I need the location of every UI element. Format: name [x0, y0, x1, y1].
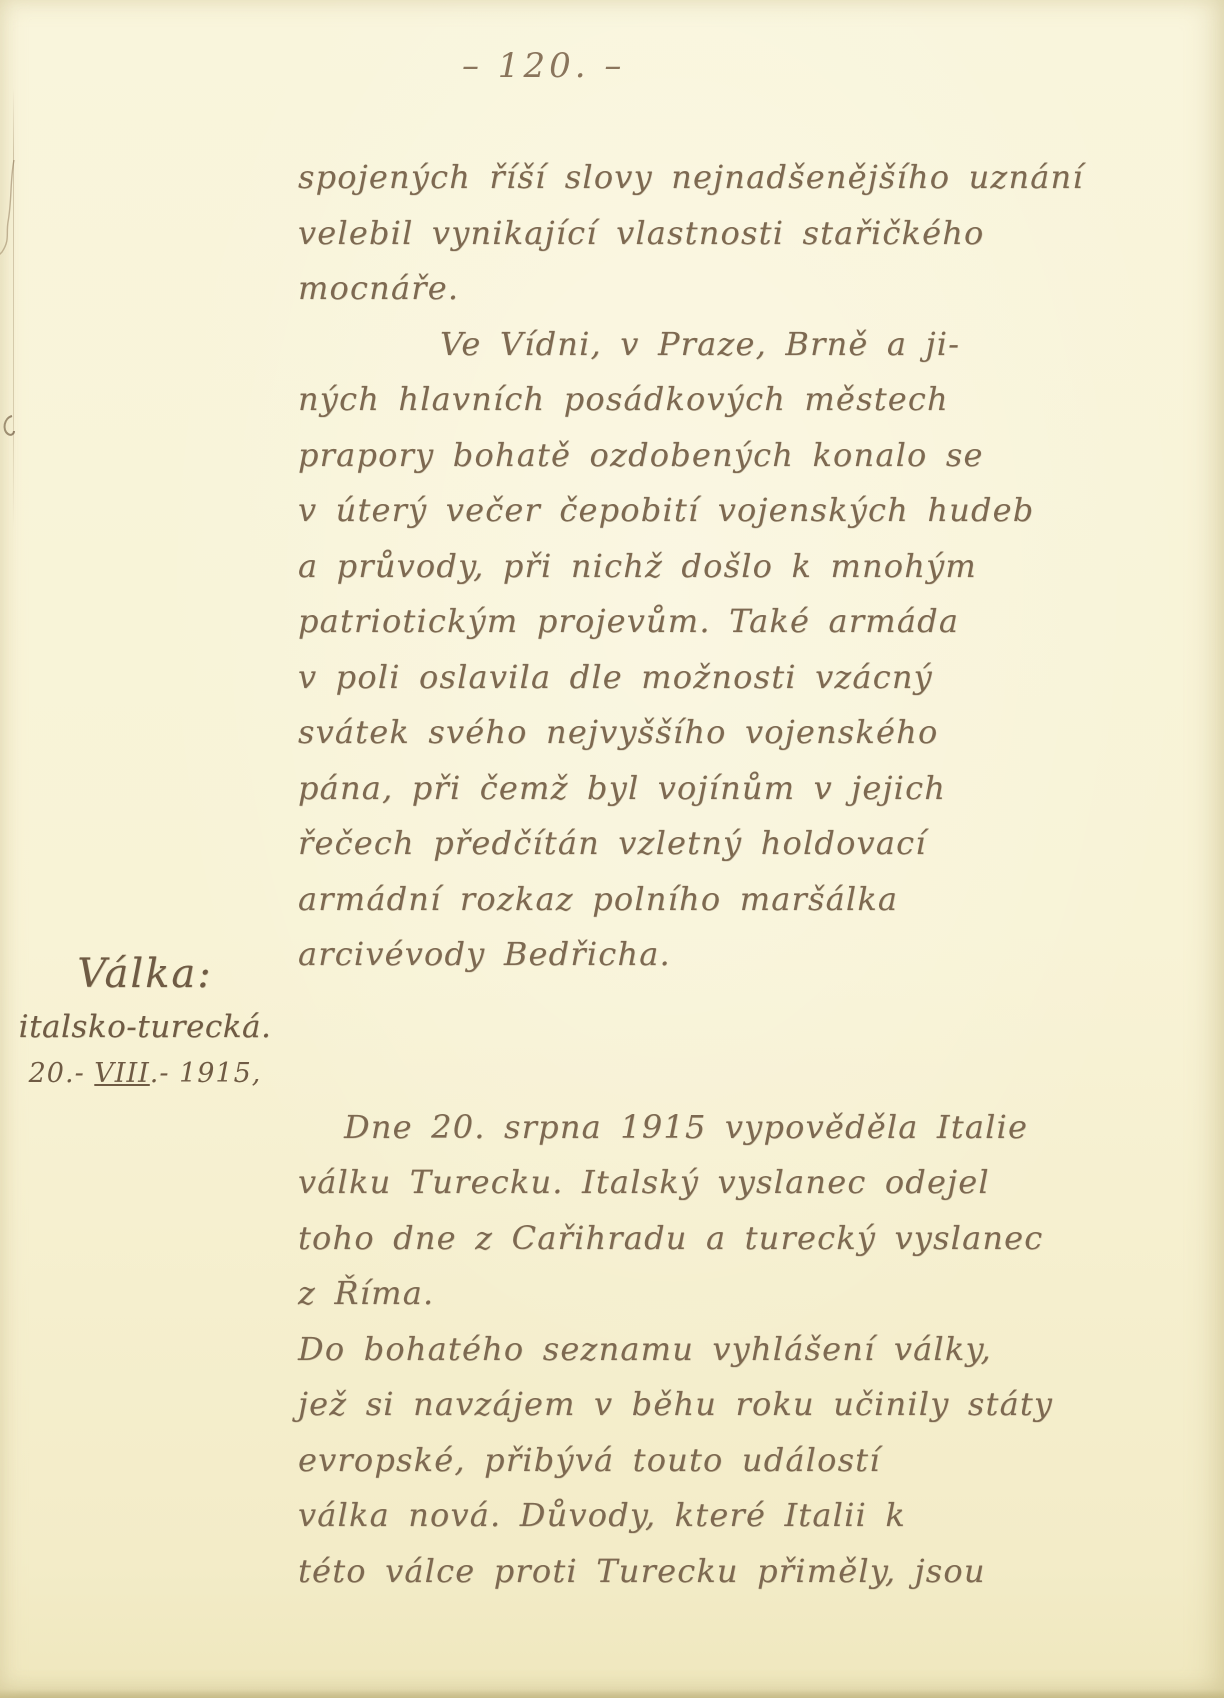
handwritten-line: v úterý večer čepobití vojenských hudeb [298, 483, 1108, 539]
handwritten-line: armádní rozkaz polního maršálka [298, 872, 1108, 928]
handwritten-line: ných hlavních posádkových městech [298, 372, 1108, 428]
handwritten-line: Dne 20. srpna 1915 vypověděla Italie [298, 1100, 1108, 1156]
handwritten-line: velebil vynikající vlastnosti stařičkého [298, 206, 1108, 262]
handwritten-line: jež si navzájem v běhu roku učinily stát… [298, 1377, 1108, 1433]
margin-note-war-heading: Válka: italsko-turecká. 20.- VIII.- 1915… [14, 946, 276, 1096]
handwritten-line: pána, při čemž byl vojínům v jejich [298, 761, 1108, 817]
margin-note-title: Válka: [14, 946, 276, 1002]
handwritten-line: této válce proti Turecku přiměly, jsou [298, 1544, 1108, 1600]
handwritten-line: evropské, přibývá touto událostí [298, 1433, 1108, 1489]
margin-note-subtitle: italsko-turecká. [14, 1002, 276, 1052]
page-bottom-edge [0, 1689, 1224, 1698]
handwritten-line: arcivévody Bedřicha. [298, 927, 1108, 983]
handwritten-line: mocnáře. [298, 261, 1108, 317]
margin-note-date: 20.- VIII.- 1915, [14, 1052, 276, 1096]
handwritten-line: Ve Vídni, v Praze, Brně a ji- [298, 317, 1108, 373]
page-number: – 120. – [462, 46, 625, 86]
handwritten-line: spojených říší slovy nejnadšenějšího uzn… [298, 150, 1108, 206]
handwritten-body: spojených říší slovy nejnadšenějšího uzn… [298, 150, 1108, 1599]
handwritten-line: svátek svého nejvyššího vojenského [298, 705, 1108, 761]
margin-note-date-suffix: .- 1915, [150, 1058, 262, 1089]
manuscript-page: – 120. – spojených říší slovy nejnadšeně… [0, 0, 1224, 1698]
handwritten-line: řečech předčítán vzletný holdovací [298, 816, 1108, 872]
stray-ink-marks [0, 160, 40, 460]
handwritten-line: z Říma. [298, 1266, 1108, 1322]
handwritten-line: a průvody, při nichž došlo k mnohým [298, 539, 1108, 595]
handwritten-line: válka nová. Důvody, které Italii k [298, 1488, 1108, 1544]
handwritten-line: patriotickým projevům. Také armáda [298, 594, 1108, 650]
handwritten-line: Do bohatého seznamu vyhlášení války, [298, 1322, 1108, 1378]
handwritten-line: toho dne z Cařihradu a turecký vyslanec [298, 1211, 1108, 1267]
margin-note-date-prefix: 20.- [29, 1058, 95, 1089]
handwritten-line: válku Turecku. Italský vyslanec odejel [298, 1155, 1108, 1211]
handwritten-line: prapory bohatě ozdobených konalo se [298, 428, 1108, 484]
paragraph-birthday-celebrations: Ve Vídni, v Praze, Brně a ji- ných hlavn… [298, 317, 1108, 983]
handwritten-line: v poli oslavila dle možnosti vzácný [298, 650, 1108, 706]
paragraph-continuation: spojených říší slovy nejnadšenějšího uzn… [298, 150, 1108, 317]
paragraph-italo-turkish-war: Dne 20. srpna 1915 vypověděla Italie vál… [298, 1100, 1108, 1600]
margin-note-date-roman-numeral: VIII [94, 1058, 150, 1089]
